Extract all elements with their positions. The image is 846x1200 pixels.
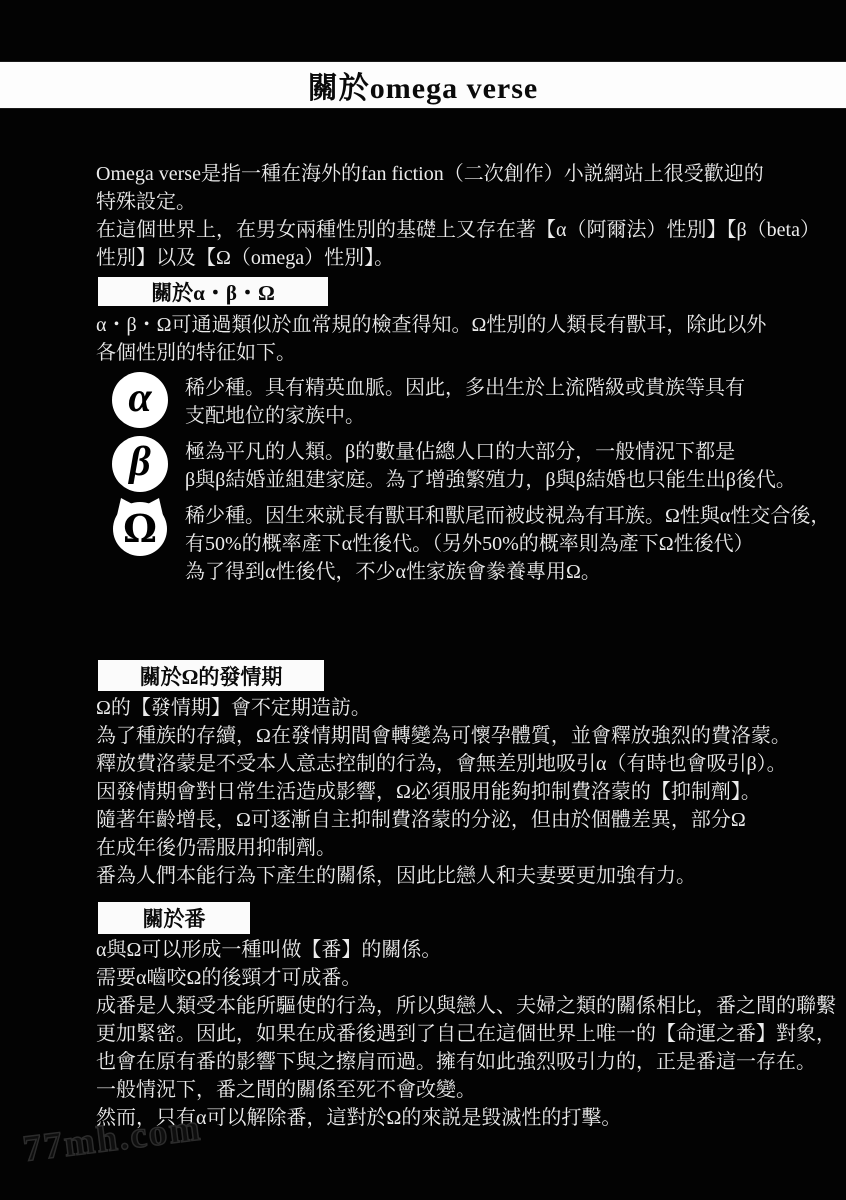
section3-line: 需要α嚙咬Ω的後頸才可成番。 [96, 964, 836, 992]
section2-line: Ω的【發情期】會不定期造訪。 [96, 694, 791, 722]
omega-symbol: Ω [123, 506, 157, 551]
intro-line: Omega verse是指一種在海外的fan fiction（二次創作）小説網站… [96, 160, 820, 188]
alpha-circle-icon: α [112, 372, 168, 428]
intro-paragraph: Omega verse是指一種在海外的fan fiction（二次創作）小説網站… [96, 160, 820, 272]
section-header-pair-bond: 關於番 [98, 902, 250, 934]
section3-line: 然而，只有α可以解除番，這對於Ω的來説是毀滅性的打擊。 [96, 1104, 836, 1132]
section2-body: Ω的【發情期】會不定期造訪。 為了種族的存續，Ω在發情期間會轉變為可懷孕體質，並… [96, 694, 791, 890]
beta-line: β與β結婚並組建家庭。為了增強繁殖力，β與β結婚也只能生出β後代。 [185, 466, 796, 494]
beta-line: 極為平凡的人類。β的數量佔總人口的大部分，一般情況下都是 [185, 438, 796, 466]
intro-line: 在這個世界上，在男女兩種性別的基礎上又存在著【α（阿爾法）性別】【β（beta） [96, 216, 820, 244]
section2-line: 番為人們本能行為下產生的關係，因此比戀人和夫妻要更加強有力。 [96, 862, 791, 890]
section3-line: 成番是人類受本能所驅使的行為，所以與戀人、夫婦之類的關係相比，番之間的聯繫 [96, 992, 836, 1020]
alpha-description: 稀少種。具有精英血脈。因此，多出生於上流階級或貴族等具有 支配地位的家族中。 [185, 372, 745, 430]
site-watermark: 77mh.com [21, 1106, 204, 1171]
section-header-heat-period: 關於Ω的發情期 [98, 660, 324, 691]
section1-intro: α・β・Ω可通過類似於血常規的檢查得知。Ω性別的人類長有獸耳，除此以外 各個性別… [96, 311, 766, 367]
section3-line: 一般情況下，番之間的關係至死不會改變。 [96, 1076, 836, 1104]
section2-line: 在成年後仍需服用抑制劑。 [96, 834, 791, 862]
intro-line: 性別】以及【Ω（omega）性別】。 [96, 244, 820, 272]
omega-cat-ears-icon: Ω [108, 496, 172, 558]
section2-line: 釋放費洛蒙是不受本人意志控制的行為，會無差別地吸引α（有時也會吸引β）。 [96, 750, 791, 778]
beta-symbol: β [129, 441, 151, 483]
section3-line: α與Ω可以形成一種叫做【番】的關係。 [96, 936, 836, 964]
section-title: 關於Ω的發情期 [140, 661, 283, 691]
page-title: 關於omega verse [308, 63, 538, 107]
intro-line: 特殊設定。 [96, 188, 820, 216]
section-title: 關於番 [143, 903, 206, 933]
alpha-type-row: α 稀少種。具有精英血脈。因此，多出生於上流階級或貴族等具有 支配地位的家族中。 [112, 372, 745, 430]
section-title: 關於α・β・Ω [151, 277, 275, 307]
section2-line: 為了種族的存續，Ω在發情期間會轉變為可懷孕體質，並會釋放強烈的費洛蒙。 [96, 722, 791, 750]
section3-body: α與Ω可以形成一種叫做【番】的關係。 需要α嚙咬Ω的後頸才可成番。 成番是人類受… [96, 936, 836, 1132]
omega-line: 有50%的概率產下α性後代。（另外50%的概率則為產下Ω性後代） [185, 530, 830, 558]
section1-line: 各個性別的特征如下。 [96, 339, 766, 367]
alpha-line: 支配地位的家族中。 [185, 402, 745, 430]
manga-info-page: 關於omega verse Omega verse是指一種在海外的fan fic… [0, 0, 846, 1200]
omega-type-row: Ω 稀少種。因生來就長有獸耳和獸尾而被歧視為有耳族。Ω性與α性交合後， 有50%… [108, 496, 830, 586]
section-header-alpha-beta-omega: 關於α・β・Ω [98, 277, 328, 306]
section3-line: 也會在原有番的影響下與之擦肩而過。擁有如此強烈吸引力的，正是番這一存在。 [96, 1048, 836, 1076]
title-banner: 關於omega verse [0, 62, 846, 108]
alpha-symbol: α [128, 377, 151, 419]
alpha-line: 稀少種。具有精英血脈。因此，多出生於上流階級或貴族等具有 [185, 374, 745, 402]
beta-description: 極為平凡的人類。β的數量佔總人口的大部分，一般情況下都是 β與β結婚並組建家庭。… [185, 436, 796, 494]
section2-line: 隨著年齡增長，Ω可逐漸自主抑制費洛蒙的分泌，但由於個體差異，部分Ω [96, 806, 791, 834]
beta-circle-icon: β [112, 436, 168, 492]
section3-line: 更加緊密。因此，如果在成番後遇到了自己在這個世界上唯一的【命運之番】對象， [96, 1020, 836, 1048]
section1-line: α・β・Ω可通過類似於血常規的檢查得知。Ω性別的人類長有獸耳，除此以外 [96, 311, 766, 339]
beta-type-row: β 極為平凡的人類。β的數量佔總人口的大部分，一般情況下都是 β與β結婚並組建家… [112, 436, 796, 494]
omega-line: 為了得到α性後代，不少α性家族會豢養專用Ω。 [185, 558, 830, 586]
omega-line: 稀少種。因生來就長有獸耳和獸尾而被歧視為有耳族。Ω性與α性交合後， [185, 502, 830, 530]
section2-line: 因發情期會對日常生活造成影響，Ω必須服用能夠抑制費洛蒙的【抑制劑】。 [96, 778, 791, 806]
omega-description: 稀少種。因生來就長有獸耳和獸尾而被歧視為有耳族。Ω性與α性交合後， 有50%的概… [185, 496, 830, 586]
